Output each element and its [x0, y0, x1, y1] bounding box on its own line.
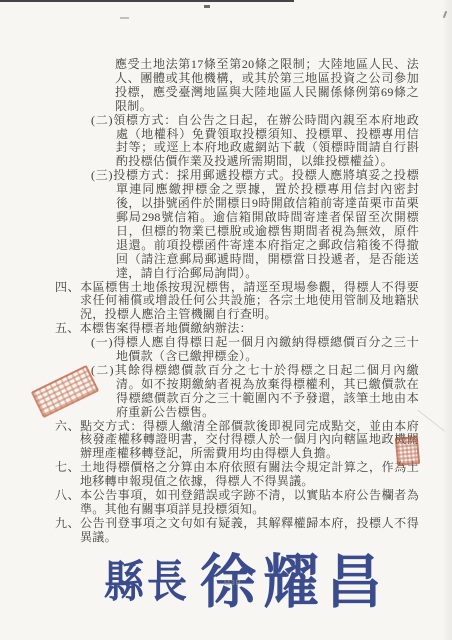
list-item: (一)得標人應自得標日起一個月內繳納得標總價百分之三十地價款（含已繳押標金）。: [91, 336, 419, 364]
red-seal-stamp-right: [395, 436, 420, 466]
list-item: 六、點交方式：得標人繳清全部價款後即視同完成點交，並由本府核發產權移轉證明書，交…: [55, 420, 419, 462]
list-item-number: 六、: [55, 419, 80, 433]
list-item-number: (三): [91, 168, 113, 182]
list-item-number: (一): [91, 335, 113, 349]
signature-tiny-annotation: M3P: [224, 580, 241, 587]
scanned-announcement-page: 應受土地法第17條至第20條之限制；大陸地區人民、法人、團體或其他機構，或其於第…: [0, 0, 452, 640]
list-item-text: 領標方式：自公告之日起，在辦公時間內親至本府地政處（地權科）免費領取投標須知、投…: [113, 113, 419, 169]
list-item-number: (二): [91, 363, 114, 377]
list-item-number: 七、: [55, 460, 80, 474]
list-item-text: 其餘得標總價款百分之七十於得標之日起二個月內繳清。如不按期繳納者視為放棄得標權利…: [114, 363, 419, 419]
signature-title: 縣長: [104, 547, 190, 610]
list-item-number: 四、: [55, 280, 80, 294]
list-item-text: 得標人應自得標日起一個月內繳納得標總價百分之三十地價款（含已繳押標金）。: [113, 335, 419, 363]
list-item-text: 投標方式：採用郵遞投標方式。投標人應將填妥之投標單連同應繳押標金之票據，置於投標…: [113, 168, 419, 279]
scan-edge-artifact: [0, 0, 294, 2]
scan-artifact: [443, 11, 447, 18]
list-item-text: 本公告事項，如刊登錯誤或字跡不清，以實貼本府公告欄者為準。其他有關事項詳見投標須…: [80, 488, 419, 516]
list-item-number: 九、: [55, 516, 80, 530]
list-item-text: 本區標售土地係按現況標售，請逕至現場參觀，得標人不得要求任何補償或增設任何公共設…: [80, 280, 419, 322]
list-item-text: 土地得標價格之分算由本府依照有關法令規定計算之，作為土地移轉申報現值之依據，得標…: [80, 460, 419, 488]
list-item-text: 本標售案得標者地價繳納辦法：: [80, 321, 252, 335]
paper-crease: [417, 410, 444, 432]
list-item: 八、本公告事項，如刊登錯誤或字跡不清，以實貼本府公告欄者為準。其他有關事項詳見投…: [55, 489, 419, 517]
signature-name: 徐耀昌: [200, 536, 389, 620]
list-item-number: (二): [91, 113, 113, 127]
list-item: (三)投標方式：採用郵遞投標方式。投標人應將填妥之投標單連同應繳押標金之票據，置…: [91, 169, 419, 280]
list-item: 七、土地得標價格之分算由本府依照有關法令規定計算之，作為土地移轉申報現值之依據，…: [55, 461, 419, 489]
list-item-number: 五、: [55, 321, 80, 335]
list-item: (二)其餘得標總價款百分之七十於得標之日起二個月內繳清。如不按期繳納者視為放棄得…: [91, 364, 419, 420]
magistrate-signature: 縣長 徐耀昌: [104, 538, 389, 618]
list-item-text: 應受土地法第17條至第20條之限制；大陸地區人民、法人、團體或其他機構，或其於第…: [115, 57, 419, 113]
list-item-number: 八、: [55, 488, 80, 502]
list-item: 應受土地法第17條至第20條之限制；大陸地區人民、法人、團體或其他機構，或其於第…: [115, 58, 419, 114]
list-item: (二)領標方式：自公告之日起，在辦公時間內親至本府地政處（地權科）免費領取投標須…: [91, 114, 419, 170]
scan-artifact: [120, 17, 129, 19]
list-item-text: 點交方式：得標人繳清全部價款後即視同完成點交，並由本府核發產權移轉證明書，交付得…: [80, 419, 419, 461]
list-item: 四、本區標售土地係按現況標售，請逕至現場參觀，得標人不得要求任何補償或增設任何公…: [55, 281, 419, 323]
announcement-body: 應受土地法第17條至第20條之限制；大陸地區人民、法人、團體或其他機構，或其於第…: [55, 58, 419, 545]
scan-artifact: [204, 5, 210, 8]
